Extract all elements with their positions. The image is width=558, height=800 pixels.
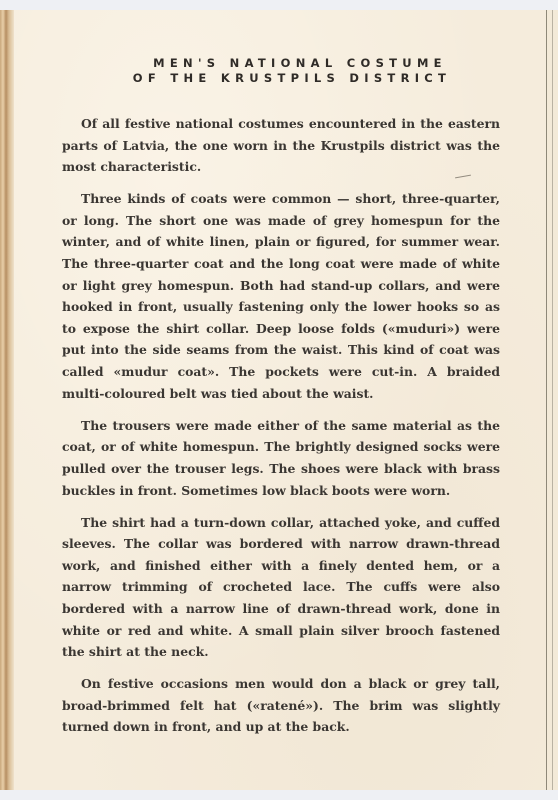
paragraph-shirt: The shirt had a turn-down collar, attach… [62,512,500,663]
page-spine-edge [0,10,14,790]
page-title-line-1: MEN'S NATIONAL COSTUME [70,56,530,70]
page-edge-line [546,10,547,790]
paragraph-coats: Three kinds of coats were common — short… [62,188,500,404]
paragraph-intro: Of all festive national costumes encount… [62,113,500,178]
page-edge-line [552,10,553,790]
paragraph-trousers: The trousers were made either of the sam… [62,415,500,501]
body-text: Of all festive national costumes encount… [62,113,500,749]
paragraph-hat: On festive occasions men would don a bla… [62,673,500,738]
page-title-line-2: OF THE KRUSTPILS DISTRICT [62,71,522,85]
